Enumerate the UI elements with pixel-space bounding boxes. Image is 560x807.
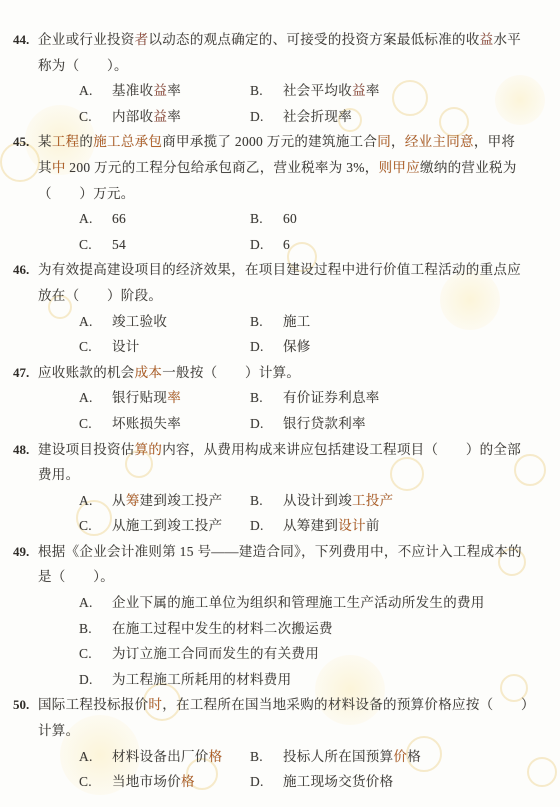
- stem-text-highlight: 则甲应: [379, 160, 420, 175]
- question-stem-line: 应收账款的机会成本一般按（ ）计算。: [38, 360, 542, 386]
- option-row: A.从筹建到竣工投产B.从设计到竣工投产: [0, 488, 560, 514]
- stem-text: （ ）万元。: [38, 186, 135, 201]
- question-number: 47.: [13, 360, 38, 386]
- option-label: C.: [79, 232, 112, 258]
- question-number: 46.: [13, 257, 38, 283]
- stem-text: ，: [391, 134, 405, 149]
- option-content: 竣工验收: [112, 309, 167, 335]
- question-45: 45.某工程的施工总承包商甲承揽了 2000 万元的建筑施工合同，经业主同意，甲…: [0, 129, 560, 257]
- option-text: 为工程施工所耗用的材料费用: [112, 672, 291, 687]
- option-B: B.60: [250, 206, 297, 232]
- question-stem-line: 放在（ ）阶段。: [38, 283, 542, 309]
- option-A: A.银行贴现率: [79, 385, 250, 411]
- option-D: D.社会折现率: [250, 104, 352, 130]
- question-stem-line: 费用。: [38, 462, 542, 488]
- option-label: C.: [79, 513, 112, 539]
- stem-text: 商甲承揽了 2000 万元的建筑施工合: [162, 134, 377, 149]
- question-number: 49.: [13, 539, 38, 565]
- stem-text-highlight: 时: [148, 697, 162, 712]
- option-text: 从施工到竣工投产: [112, 518, 222, 533]
- option-label: B.: [250, 385, 283, 411]
- option-content: 坏账损失率: [112, 411, 181, 437]
- option-text: 保修: [283, 339, 311, 354]
- question-body: 根据《企业会计准则第 15 号——建造合同》，下列费用中，不应计入工程成本的是（…: [38, 539, 542, 590]
- option-row: A.66B.60: [0, 206, 560, 232]
- option-label: D.: [250, 104, 283, 130]
- option-content: 保修: [283, 334, 311, 360]
- question-number: 45.: [13, 129, 38, 155]
- option-label: D.: [250, 769, 283, 795]
- question-44: 44.企业或行业投资者以动态的观点确定的、可接受的投资方案最低标准的收益水平称为…: [0, 27, 560, 129]
- stem-text-highlight: 算的: [135, 442, 163, 457]
- option-A: A.企业下属的施工单位为组织和管理施工生产活动所发生的费用: [79, 590, 485, 616]
- option-row: C.坏账损失率D.银行贷款利率: [0, 411, 560, 437]
- option-content: 内部收益率: [112, 104, 181, 130]
- option-text: 建到竣工投产: [140, 493, 223, 508]
- stem-text: 其: [38, 160, 52, 175]
- question-stem-line: 国际工程投标报价时，在工程所在国当地采购的材料设备的预算价格应按（ ）: [38, 692, 542, 718]
- option-label: C.: [79, 641, 112, 667]
- option-text: 66: [112, 211, 126, 226]
- question-48: 48.建设项目投资估算的内容，从费用构成来讲应包括建设工程项目（ ）的全部费用。…: [0, 437, 560, 539]
- option-text: 当地市场价: [112, 774, 181, 789]
- option-content: 银行贷款利率: [283, 411, 366, 437]
- option-C: C.内部收益率: [79, 104, 250, 130]
- option-D: D.6: [250, 232, 290, 258]
- option-label: C.: [79, 769, 112, 795]
- option-content: 60: [283, 206, 297, 232]
- question-stem-line: 某工程的施工总承包商甲承揽了 2000 万元的建筑施工合同，经业主同意，甲将: [38, 129, 542, 155]
- option-B: B.投标人所在国预算价格: [250, 744, 421, 770]
- option-content: 基准收益率: [112, 78, 181, 104]
- option-content: 6: [283, 232, 290, 258]
- option-C: C.54: [79, 232, 250, 258]
- option-label: B.: [250, 206, 283, 232]
- stem-text-highlight: 益: [480, 32, 494, 47]
- option-label: D.: [250, 513, 283, 539]
- stem-text-highlight: 施工总承包: [93, 134, 162, 149]
- option-label: B.: [250, 488, 283, 514]
- question-body: 建设项目投资估算的内容，从费用构成来讲应包括建设工程项目（ ）的全部费用。: [38, 437, 542, 488]
- stem-text-highlight: 中: [52, 160, 66, 175]
- stem-text: 计算。: [38, 723, 79, 738]
- option-label: D.: [79, 667, 112, 693]
- option-label: D.: [250, 232, 283, 258]
- option-A: A.竣工验收: [79, 309, 250, 335]
- option-text: 银行贴现: [112, 390, 167, 405]
- option-text: 有价证券利息率: [283, 390, 380, 405]
- question-body: 为有效提高建设项目的经济效果，在项目建设过程中进行价值工程活动的重点应放在（ ）…: [38, 257, 542, 308]
- option-B: B.从设计到竣工投产: [250, 488, 393, 514]
- option-text: 施工现场交货价格: [283, 774, 393, 789]
- stem-text: 一般按（ ）计算。: [162, 365, 300, 380]
- option-D: D.银行贷款利率: [250, 411, 366, 437]
- option-text: 社会平均收: [283, 83, 352, 98]
- stem-text: ，甲将: [474, 134, 515, 149]
- option-text: 在施工过程中发生的材料二次搬运费: [112, 621, 333, 636]
- option-C: C.设计: [79, 334, 250, 360]
- option-text-highlight: 益: [153, 83, 167, 98]
- option-D: D.为工程施工所耗用的材料费用: [79, 667, 291, 693]
- option-content: 设计: [112, 334, 140, 360]
- option-text: 坏账损失率: [112, 416, 181, 431]
- option-content: 社会折现率: [283, 104, 352, 130]
- stem-text: 水平: [493, 32, 521, 47]
- question-50: 50.国际工程投标报价时，在工程所在国当地采购的材料设备的预算价格应按（ ）计算…: [0, 692, 560, 794]
- option-text-highlight: 设计: [338, 518, 366, 533]
- option-label: A.: [79, 488, 112, 514]
- option-text-highlight: 格: [181, 774, 195, 789]
- option-content: 为工程施工所耗用的材料费用: [112, 667, 291, 693]
- stem-text: 的: [79, 134, 93, 149]
- option-content: 社会平均收益率: [283, 78, 380, 104]
- option-text-highlight: 价: [393, 749, 407, 764]
- question-body: 国际工程投标报价时，在工程所在国当地采购的材料设备的预算价格应按（ ）计算。: [38, 692, 542, 743]
- stem-text: 以动态的观点确定的、可接受的投资方案最低标准的收: [148, 32, 479, 47]
- option-row: C.设计D.保修: [0, 334, 560, 360]
- option-C: C.坏账损失率: [79, 411, 250, 437]
- stem-text: 称为（ ）。: [38, 58, 128, 73]
- question-number: 48.: [13, 437, 38, 463]
- option-content: 为订立施工合同而发生的有关费用: [112, 641, 319, 667]
- question-list: 44.企业或行业投资者以动态的观点确定的、可接受的投资方案最低标准的收益水平称为…: [0, 0, 560, 795]
- stem-text: 内容，从费用构成来讲应包括建设工程项目（ ）的全部: [162, 442, 521, 457]
- option-A: A.材料设备出厂价格: [79, 744, 250, 770]
- option-text-highlight: 筹: [126, 493, 140, 508]
- question-body: 应收账款的机会成本一般按（ ）计算。: [38, 360, 542, 386]
- scanned-exam-page: 44.企业或行业投资者以动态的观点确定的、可接受的投资方案最低标准的收益水平称为…: [0, 0, 560, 807]
- option-text: 6: [283, 237, 290, 252]
- question-number: 50.: [13, 692, 38, 718]
- option-content: 从筹建到设计前: [283, 513, 380, 539]
- option-text-highlight: 益: [153, 109, 167, 124]
- option-text-highlight: 格: [209, 749, 223, 764]
- option-row: A.基准收益率B.社会平均收益率: [0, 78, 560, 104]
- option-label: D.: [250, 334, 283, 360]
- option-content: 施工: [283, 309, 311, 335]
- option-content: 从施工到竣工投产: [112, 513, 222, 539]
- option-content: 从筹建到竣工投产: [112, 488, 222, 514]
- option-text: 投标人所在国预算: [283, 749, 393, 764]
- option-text: 企业下属的施工单位为组织和管理施工生产活动所发生的费用: [112, 595, 485, 610]
- option-text: 社会折现率: [283, 109, 352, 124]
- option-text-highlight: 工投产: [352, 493, 393, 508]
- option-row: C.从施工到竣工投产D.从筹建到设计前: [0, 513, 560, 539]
- stem-text-highlight: 者: [135, 32, 149, 47]
- option-text: 54: [112, 237, 126, 252]
- option-label: B.: [250, 744, 283, 770]
- option-label: A.: [79, 78, 112, 104]
- option-row: C.当地市场价格D.施工现场交货价格: [0, 769, 560, 795]
- question-stem-line: 其中 200 万元的工程分包给承包商乙，营业税率为 3%，则甲应缴纳的营业税为: [38, 155, 542, 181]
- option-label: C.: [79, 104, 112, 130]
- option-text: 施工: [283, 314, 311, 329]
- question-stem-line: 建设项目投资估算的内容，从费用构成来讲应包括建设工程项目（ ）的全部: [38, 437, 542, 463]
- option-A: A.基准收益率: [79, 78, 250, 104]
- question-body: 某工程的施工总承包商甲承揽了 2000 万元的建筑施工合同，经业主同意，甲将其中…: [38, 129, 542, 206]
- option-text: 材料设备出厂价: [112, 749, 209, 764]
- stem-text: 企业或行业投资: [38, 32, 135, 47]
- option-label: C.: [79, 334, 112, 360]
- option-B: B.有价证券利息率: [250, 385, 380, 411]
- option-label: C.: [79, 411, 112, 437]
- option-text: 从筹建到: [283, 518, 338, 533]
- option-label: D.: [250, 411, 283, 437]
- stem-text: 某: [38, 134, 52, 149]
- option-label: A.: [79, 590, 112, 616]
- option-row: A.竣工验收B.施工: [0, 309, 560, 335]
- option-content: 企业下属的施工单位为组织和管理施工生产活动所发生的费用: [112, 590, 485, 616]
- option-label: B.: [250, 309, 283, 335]
- option-text: 为订立施工合同而发生的有关费用: [112, 646, 319, 661]
- stem-text: 建设项目投资估: [38, 442, 135, 457]
- option-A: A.66: [79, 206, 250, 232]
- option-text: 率: [167, 109, 181, 124]
- option-C: C.为订立施工合同而发生的有关费用: [79, 641, 319, 667]
- option-label: B.: [79, 616, 112, 642]
- option-D: D.从筹建到设计前: [250, 513, 380, 539]
- option-label: B.: [250, 78, 283, 104]
- option-row: D.为工程施工所耗用的材料费用: [0, 667, 560, 693]
- stem-text: 国际工程投标报价: [38, 697, 148, 712]
- option-content: 投标人所在国预算价格: [283, 744, 421, 770]
- option-text: 60: [283, 211, 297, 226]
- stem-text: 应收账款的机会: [38, 365, 135, 380]
- stem-text: 放在（ ）阶段。: [38, 288, 162, 303]
- option-content: 银行贴现率: [112, 385, 181, 411]
- question-body: 企业或行业投资者以动态的观点确定的、可接受的投资方案最低标准的收益水平称为（ ）…: [38, 27, 542, 78]
- stem-text: ，在工程所在国当地采购的材料设备的预算价格应按（ ）: [162, 697, 535, 712]
- option-content: 在施工过程中发生的材料二次搬运费: [112, 616, 333, 642]
- option-row: A.材料设备出厂价格B.投标人所在国预算价格: [0, 744, 560, 770]
- question-stem-line: 计算。: [38, 718, 542, 744]
- option-text-highlight: 益: [352, 83, 366, 98]
- option-row: A.银行贴现率B.有价证券利息率: [0, 385, 560, 411]
- question-stem-line: （ ）万元。: [38, 181, 542, 207]
- question-47: 47.应收账款的机会成本一般按（ ）计算。A.银行贴现率B.有价证券利息率C.坏…: [0, 360, 560, 437]
- question-stem-line: 称为（ ）。: [38, 53, 542, 79]
- stem-text: 缴纳的营业税为: [420, 160, 517, 175]
- question-number: 44.: [13, 27, 38, 53]
- option-D: D.保修: [250, 334, 311, 360]
- question-stem-line: 是（ ）。: [38, 564, 542, 590]
- option-B: B.施工: [250, 309, 311, 335]
- stem-text-highlight: 成本: [135, 365, 163, 380]
- option-text: 银行贷款利率: [283, 416, 366, 431]
- option-C: C.当地市场价格: [79, 769, 250, 795]
- option-text: 设计: [112, 339, 140, 354]
- option-text: 内部收: [112, 109, 153, 124]
- stem-text-highlight: 工程: [52, 134, 80, 149]
- question-stem-line: 根据《企业会计准则第 15 号——建造合同》，下列费用中，不应计入工程成本的: [38, 539, 542, 565]
- option-row: A.企业下属的施工单位为组织和管理施工生产活动所发生的费用: [0, 590, 560, 616]
- option-A: A.从筹建到竣工投产: [79, 488, 250, 514]
- option-text: 从设计到竣: [283, 493, 352, 508]
- option-text: 基准收: [112, 83, 153, 98]
- option-label: A.: [79, 206, 112, 232]
- stem-text-highlight: 经业主同意: [405, 134, 474, 149]
- option-content: 施工现场交货价格: [283, 769, 393, 795]
- question-stem-line: 为有效提高建设项目的经济效果，在项目建设过程中进行价值工程活动的重点应: [38, 257, 542, 283]
- option-C: C.从施工到竣工投产: [79, 513, 250, 539]
- stem-text-highlight: 同: [377, 134, 391, 149]
- option-label: A.: [79, 385, 112, 411]
- stem-text: 200 万元的工程分包给承包商乙，营业税率为 3%，: [66, 160, 379, 175]
- stem-text: 根据《企业会计准则第 15 号——建造合同》，下列费用中，不应计入工程成本的: [38, 544, 522, 559]
- option-text: 从: [112, 493, 126, 508]
- question-46: 46.为有效提高建设项目的经济效果，在项目建设过程中进行价值工程活动的重点应放在…: [0, 257, 560, 359]
- option-text-highlight: 率: [167, 390, 181, 405]
- stem-text: 费用。: [38, 467, 79, 482]
- option-row: B.在施工过程中发生的材料二次搬运费: [0, 616, 560, 642]
- stem-text: 是（ ）。: [38, 569, 114, 584]
- option-content: 当地市场价格: [112, 769, 195, 795]
- option-row: C.54D.6: [0, 232, 560, 258]
- option-D: D.施工现场交货价格: [250, 769, 393, 795]
- option-content: 54: [112, 232, 126, 258]
- option-content: 从设计到竣工投产: [283, 488, 393, 514]
- option-label: A.: [79, 309, 112, 335]
- question-stem-line: 企业或行业投资者以动态的观点确定的、可接受的投资方案最低标准的收益水平: [38, 27, 542, 53]
- stem-text: 为有效提高建设项目的经济效果，在项目建设过程中进行价值工程活动的重点应: [38, 262, 521, 277]
- option-B: B.在施工过程中发生的材料二次搬运费: [79, 616, 333, 642]
- question-49: 49.根据《企业会计准则第 15 号——建造合同》，下列费用中，不应计入工程成本…: [0, 539, 560, 693]
- option-row: C.内部收益率D.社会折现率: [0, 104, 560, 130]
- option-text: 率: [366, 83, 380, 98]
- option-row: C.为订立施工合同而发生的有关费用: [0, 641, 560, 667]
- option-text: 率: [167, 83, 181, 98]
- option-content: 有价证券利息率: [283, 385, 380, 411]
- option-label: A.: [79, 744, 112, 770]
- option-B: B.社会平均收益率: [250, 78, 380, 104]
- option-text: 竣工验收: [112, 314, 167, 329]
- option-content: 66: [112, 206, 126, 232]
- option-text: 前: [366, 518, 380, 533]
- option-text: 格: [407, 749, 421, 764]
- option-content: 材料设备出厂价格: [112, 744, 222, 770]
